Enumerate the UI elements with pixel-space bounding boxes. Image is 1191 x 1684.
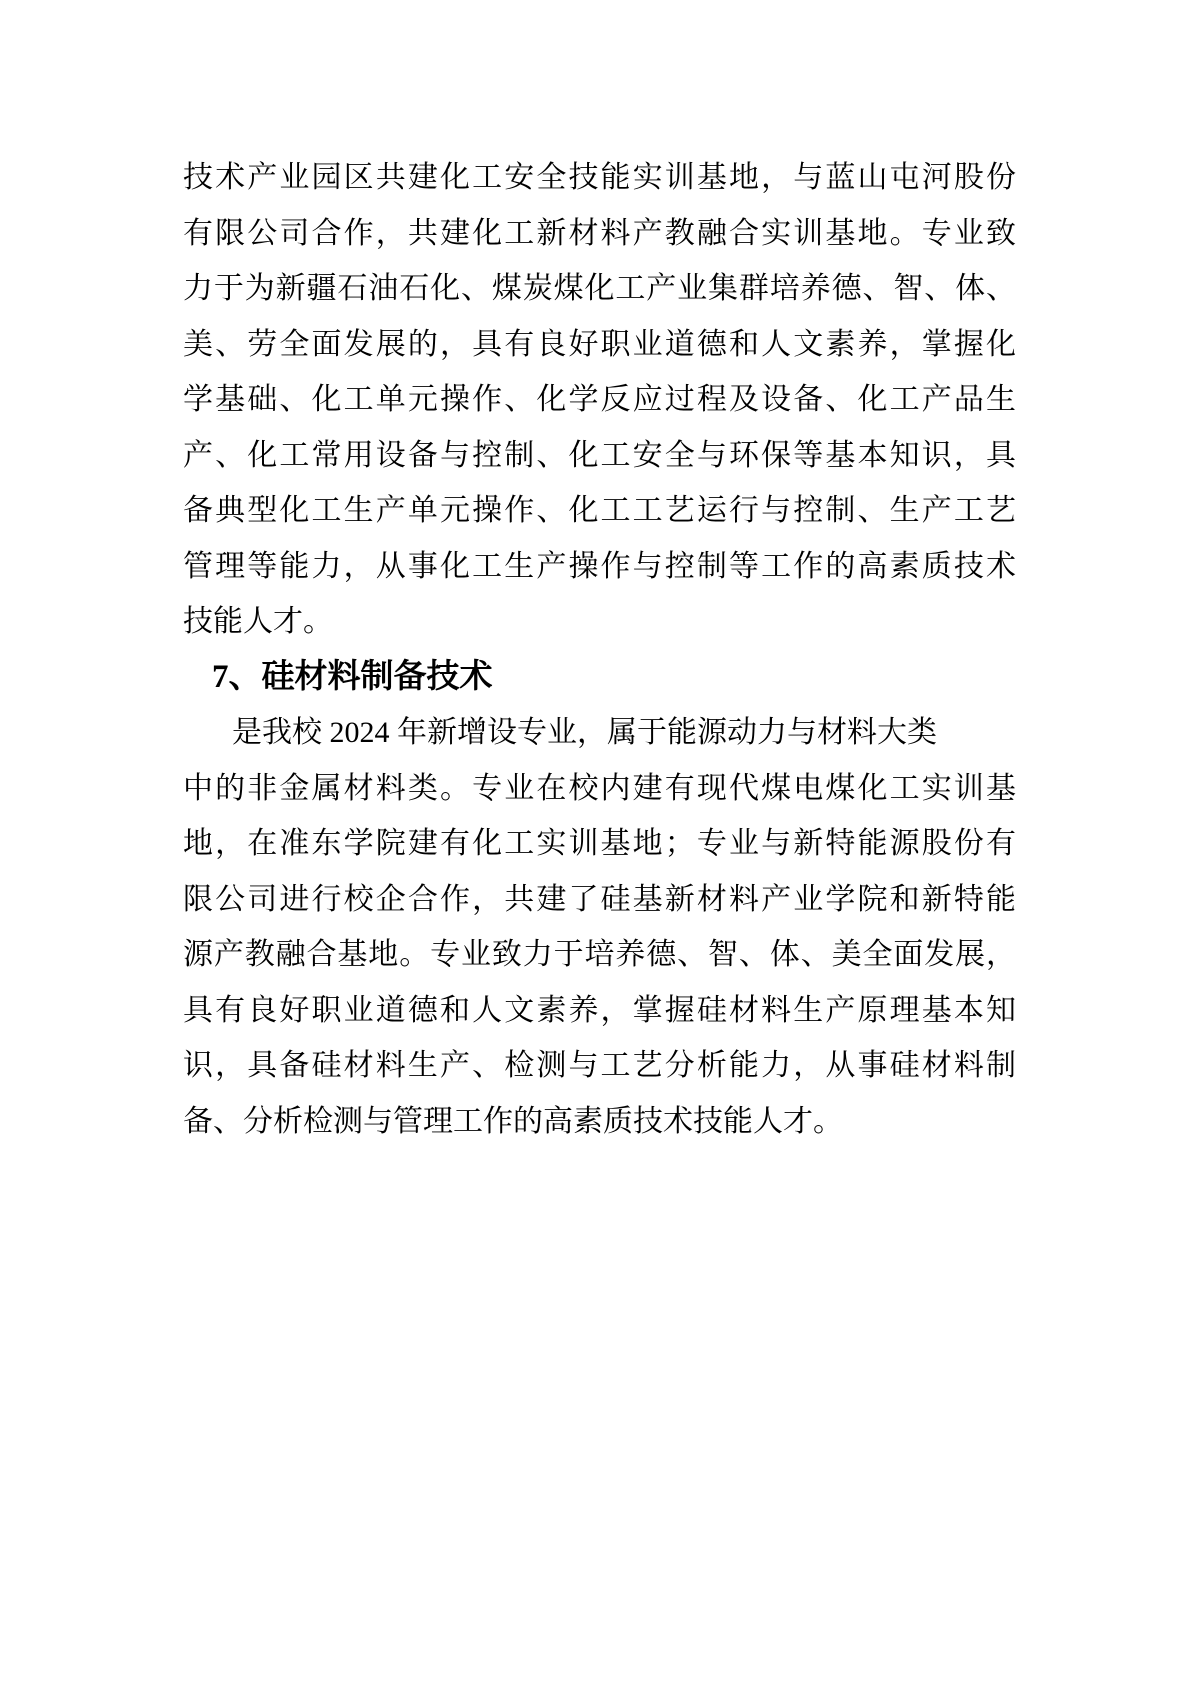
text-line: 技术产业园区共建化工安全技能实训基地，与蓝山屯河股份 — [183, 150, 1016, 206]
text-line: 源产教融合基地。专业致力于培养德、智、体、美全面发展， — [183, 927, 1016, 983]
text-line: 具有良好职业道德和人文素养，掌握硅材料生产原理基本知 — [183, 983, 1016, 1039]
document-body-text: 技术产业园区共建化工安全技能实训基地，与蓝山屯河股份 有限公司合作，共建化工新材… — [183, 150, 1016, 1149]
text-line: 技能人才。 — [183, 594, 1016, 650]
text-line: 管理等能力，从事化工生产操作与控制等工作的高素质技术 — [183, 539, 1016, 595]
text-line: 备、分析检测与管理工作的高素质技术技能人才。 — [183, 1094, 1016, 1150]
document-page: 技术产业园区共建化工安全技能实训基地，与蓝山屯河股份 有限公司合作，共建化工新材… — [0, 0, 1191, 1684]
text-line: 备典型化工生产单元操作、化工工艺运行与控制、生产工艺 — [183, 483, 1016, 539]
paragraph-continuation: 技术产业园区共建化工安全技能实训基地，与蓝山屯河股份 有限公司合作，共建化工新材… — [183, 150, 1016, 650]
text-line: 有限公司合作，共建化工新材料产教融合实训基地。专业致 — [183, 206, 1016, 262]
text-line: 限公司进行校企合作，共建了硅基新材料产业学院和新特能 — [183, 872, 1016, 928]
text-line: 力于为新疆石油石化、煤炭煤化工产业集群培养德、智、体、 — [183, 261, 1016, 317]
text-line: 产、化工常用设备与控制、化工安全与环保等基本知识，具 — [183, 428, 1016, 484]
text-line: 是我校 2024 年新增设专业，属于能源动力与材料大类 — [183, 705, 1016, 761]
paragraph-silicon-major: 是我校 2024 年新增设专业，属于能源动力与材料大类 中的非金属材料类。专业在… — [183, 705, 1016, 1149]
text-line: 地，在准东学院建有化工实训基地；专业与新特能源股份有 — [183, 816, 1016, 872]
text-line: 学基础、化工单元操作、化学反应过程及设备、化工产品生 — [183, 372, 1016, 428]
text-line: 美、劳全面发展的，具有良好职业道德和人文素养，掌握化 — [183, 317, 1016, 373]
text-line: 识，具备硅材料生产、检测与工艺分析能力，从事硅材料制 — [183, 1038, 1016, 1094]
text-line: 中的非金属材料类。专业在校内建有现代煤电煤化工实训基 — [183, 761, 1016, 817]
section-heading: 7、硅材料制备技术 — [183, 650, 1016, 706]
